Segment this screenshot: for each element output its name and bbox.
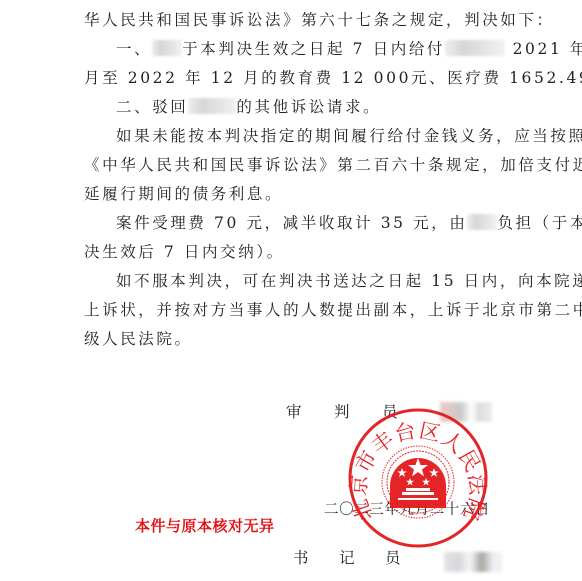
text: 的其他诉讼请求。: [236, 98, 381, 116]
redacted-name: [467, 214, 497, 230]
text: 如果未能按本判决指定的期间履行给付金钱义务，应当按照: [116, 127, 582, 145]
redacted-name: [445, 40, 505, 56]
text-line-1: 华人民共和国民事诉讼法》第六十七条之规定，判决如下：: [84, 10, 555, 30]
text: 一、: [116, 40, 152, 58]
verification-stamp-text: 本件与原本核对无异: [135, 515, 275, 536]
text-line-4: 二、驳回的其他诉讼请求。: [116, 97, 381, 117]
text: 级人民法院。: [84, 330, 193, 348]
text: 华人民共和国民事诉讼法》第六十七条之规定，判决如下：: [84, 11, 555, 29]
text: 上诉状，并按对方当事人的人数提出副本，上诉于北京市第二中: [84, 301, 582, 319]
text: 《中华人民共和国民事诉讼法》第二百六十条规定，加倍支付迟: [84, 156, 582, 174]
text-line-11: 上诉状，并按对方当事人的人数提出副本，上诉于北京市第二中: [84, 300, 582, 320]
text-line-10: 如不服本判决，可在判决书送达之日起 15 日内，向本院递交: [116, 271, 582, 291]
text: 延履行期间的债务利息。: [84, 185, 283, 203]
text: 审: [286, 402, 334, 422]
text: 决生效后 7 日内交纳）。: [84, 243, 285, 261]
redacted-name: [152, 40, 182, 56]
text: 月至 2022 年 12 月的教育费 12 000元、医疗费 1652.49 元…: [84, 69, 582, 87]
redacted-name: [188, 98, 236, 114]
text: 负担（于本判: [497, 214, 582, 232]
text: 记: [339, 548, 385, 568]
text-line-8: 案件受理费 70 元，减半收取计 35 元，由负担（于本判: [116, 213, 582, 233]
text-line-6: 《中华人民共和国民事诉讼法》第二百六十条规定，加倍支付迟: [84, 155, 582, 175]
court-seal-icon: 北京市丰台区人民法院: [346, 406, 490, 550]
text-line-5: 如果未能按本判决指定的期间履行给付金钱义务，应当按照: [116, 126, 582, 146]
text: 二、驳回: [116, 98, 188, 116]
text-line-2: 一、于本判决生效之日起 7 日内给付 2021 年 12: [116, 39, 582, 59]
redacted-clerk-name: [444, 552, 502, 572]
text: 2021 年 12: [513, 40, 582, 58]
clerk-label: 书记员: [293, 548, 401, 568]
text-line-7: 延履行期间的债务利息。: [84, 184, 283, 204]
text: 书: [293, 548, 339, 568]
text: 案件受理费 70 元，减半收取计 35 元，由: [116, 214, 467, 232]
text-line-9: 决生效后 7 日内交纳）。: [84, 242, 285, 262]
text: 于本判决生效之日起 7 日内给付: [182, 40, 445, 58]
text-line-3: 月至 2022 年 12 月的教育费 12 000元、医疗费 1652.49 元…: [84, 68, 582, 88]
text: 员: [385, 548, 401, 568]
text: 如不服本判决，可在判决书送达之日起 15 日内，向本院递交: [116, 272, 582, 290]
text-line-12: 级人民法院。: [84, 329, 193, 349]
